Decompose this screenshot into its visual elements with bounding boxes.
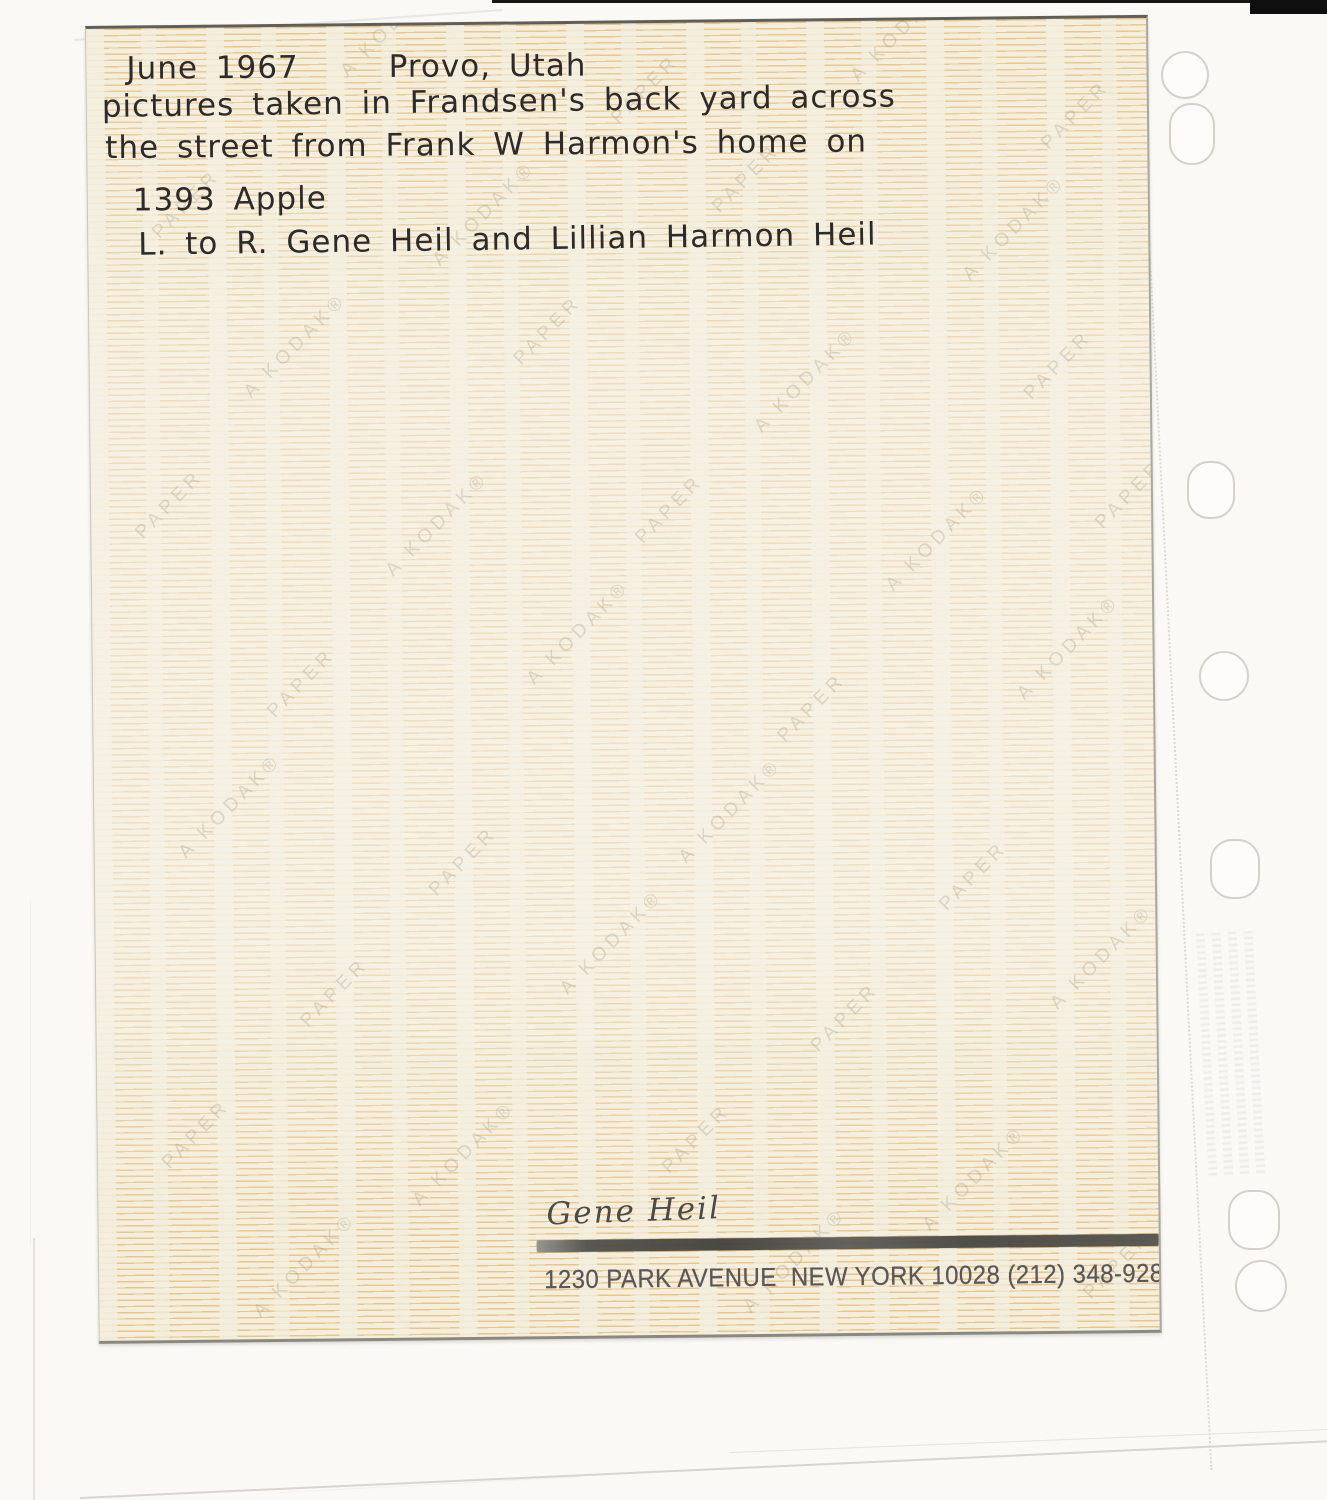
binder-hole — [1187, 461, 1235, 519]
kodak-watermark-text: PAPER — [263, 644, 340, 722]
kodak-watermark-text: PAPER — [1091, 456, 1162, 534]
kodak-watermark-text: A KODAK® — [408, 1097, 520, 1211]
kodak-watermark-text: A KODAK® — [847, 15, 959, 87]
sleeve-left-crease — [33, 1238, 35, 1500]
binder-hole — [1169, 103, 1215, 165]
kodak-watermark-text: A KODAK® — [382, 468, 494, 582]
kodak-watermark-text: PAPER — [158, 1095, 235, 1173]
binder-hole — [1228, 1190, 1280, 1250]
kodak-watermark-text: A KODAK® — [882, 483, 994, 597]
handwritten-date: June 1967 — [126, 51, 299, 88]
scanned-photo-back: A KODAK®PAPERA KODAK®PAPERPAPERA KODAK®P… — [0, 0, 1327, 1500]
kodak-watermark-text: A KODAK® — [523, 576, 635, 690]
kodak-watermark-text: A KODAK® — [240, 289, 352, 403]
kodak-watermark-text: A KODAK® — [556, 886, 668, 1000]
scanner-top-black-strip — [492, 0, 1327, 3]
sleeve-emboss-stamp — [1196, 931, 1271, 1180]
kodak-watermark-text: PAPER — [935, 837, 1012, 915]
kodak-watermark-text: PAPER — [1020, 326, 1097, 404]
handwritten-caption-line-3: the street from Frank W Harmon's home on — [105, 124, 867, 166]
kodak-watermark-text: A KODAK® — [675, 755, 787, 869]
photographer-address: 1230 PARK AVENUE NEW YORK 10028 (212) 34… — [544, 1258, 1162, 1296]
kodak-watermark-text: A KODAK® — [1046, 901, 1158, 1015]
sleeve-bottom-crease-faint — [730, 1429, 1327, 1453]
photo-paper-back: A KODAK®PAPERA KODAK®PAPERPAPERA KODAK®P… — [85, 15, 1162, 1344]
binder-hole — [1199, 651, 1249, 701]
kodak-watermark-text: PAPER — [296, 954, 373, 1032]
kodak-watermark-text: PAPER — [425, 823, 502, 901]
scanner-top-right-black-corner — [1250, 0, 1327, 14]
kodak-watermark-text: PAPER — [631, 470, 708, 548]
handwritten-caption-line-5: L. to R. Gene Heil and Lillian Harmon He… — [138, 217, 877, 263]
handwritten-caption-line-2: pictures taken in Frandsen's back yard a… — [102, 79, 896, 125]
kodak-watermark-text: A KODAK® — [919, 1122, 1031, 1236]
sleeve-bottom-crease — [80, 1440, 1327, 1499]
kodak-watermark-text: PAPER — [807, 979, 884, 1057]
binder-hole — [1235, 1260, 1287, 1312]
handwritten-location: Provo, Utah — [389, 49, 587, 86]
kodak-watermark-text: PAPER — [773, 669, 850, 747]
sleeve-bottom-crease-short — [280, 1476, 580, 1493]
kodak-watermark-text: PAPER — [131, 466, 208, 544]
sleeve-left-crease-faint — [30, 900, 31, 1245]
kodak-watermark-text: PAPER — [1037, 76, 1114, 154]
handwritten-caption-line-1: June 1967 Provo, Utah — [126, 49, 586, 88]
kodak-watermark-text: PAPER — [509, 292, 586, 370]
kodak-watermark-text: A KODAK® — [175, 750, 287, 864]
kodak-watermark-text: A KODAK® — [249, 1209, 361, 1323]
handwritten-caption-line-4: 1393 Apple — [133, 181, 327, 219]
kodak-watermark-text: PAPER — [658, 1100, 735, 1178]
kodak-watermark-text: A KODAK® — [959, 172, 1071, 286]
binder-hole — [1210, 839, 1260, 899]
photographer-name-script: Gene Heil — [546, 1190, 722, 1232]
kodak-watermark-text: A KODAK® — [1013, 591, 1125, 705]
binder-hole — [1161, 51, 1209, 99]
kodak-watermark-text: A KODAK® — [750, 324, 862, 438]
kodak-watermark-layer: A KODAK®PAPERA KODAK®PAPERPAPERA KODAK®P… — [86, 18, 1146, 29]
stamp-divider-bar — [537, 1234, 1159, 1253]
